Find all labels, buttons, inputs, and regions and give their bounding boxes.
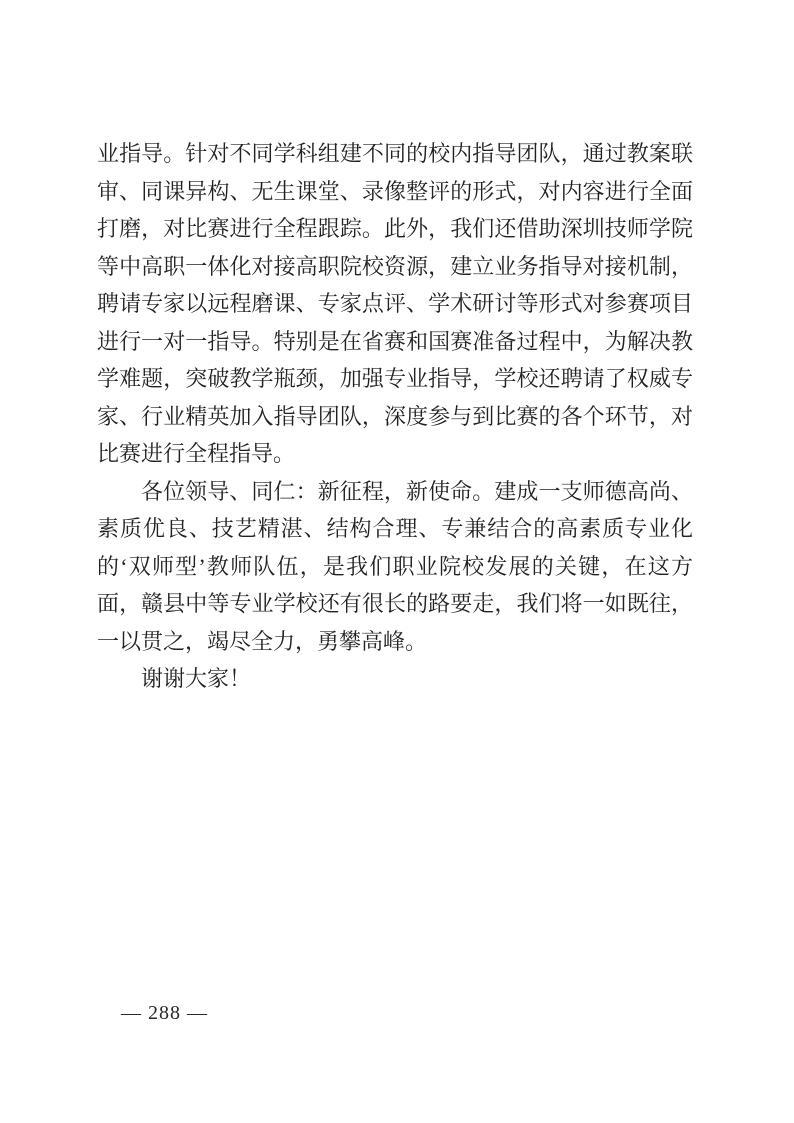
paragraph-thanks: 谢谢大家！ xyxy=(97,660,693,698)
paragraph-closing-address: 各位领导、同仁：新征程，新使命。建成一支师德高尚、素质优良、技艺精湛、结构合理、… xyxy=(97,473,693,661)
page-footer: — 288 — xyxy=(121,1002,208,1025)
paragraph-continuation: 业指导。针对不同学科组建不同的校内指导团队，通过教案联审、同课异构、无生课堂、录… xyxy=(97,135,693,473)
page-number: — 288 — xyxy=(121,1002,208,1024)
document-body: 业指导。针对不同学科组建不同的校内指导团队，通过教案联审、同课异构、无生课堂、录… xyxy=(97,135,693,698)
document-page: 业指导。针对不同学科组建不同的校内指导团队，通过教案联审、同课异构、无生课堂、录… xyxy=(0,0,794,1123)
